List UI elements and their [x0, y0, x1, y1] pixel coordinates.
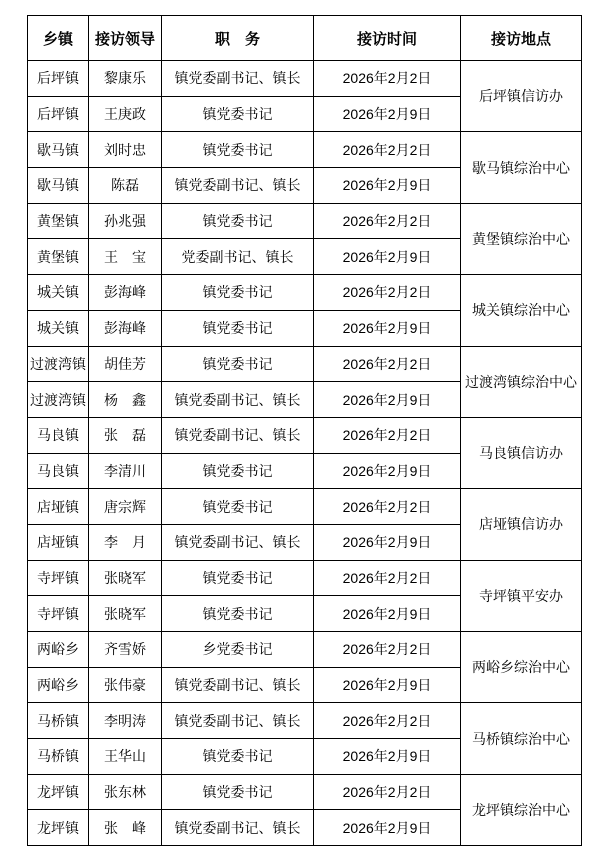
position-cell: 镇党委副书记、镇长: [162, 524, 314, 560]
location-cell: 过渡湾镇综治中心: [461, 346, 582, 417]
town-cell: 马良镇: [28, 417, 89, 453]
time-cell: 2026年2月2日: [314, 560, 461, 596]
leader-cell: 孙兆强: [89, 203, 162, 239]
position-cell: 镇党委书记: [162, 560, 314, 596]
position-cell: 镇党委书记: [162, 739, 314, 775]
town-cell: 寺坪镇: [28, 560, 89, 596]
location-cell: 店垭镇信访办: [461, 489, 582, 560]
position-cell: 镇党委副书记、镇长: [162, 667, 314, 703]
position-cell: 镇党委书记: [162, 489, 314, 525]
position-cell: 镇党委书记: [162, 596, 314, 632]
town-cell: 龙坪镇: [28, 810, 89, 846]
leader-cell: 张 峰: [89, 810, 162, 846]
town-cell: 马桥镇: [28, 739, 89, 775]
location-cell: 马良镇信访办: [461, 417, 582, 488]
time-cell: 2026年2月2日: [314, 632, 461, 668]
position-cell: 党委副书记、镇长: [162, 239, 314, 275]
time-cell: 2026年2月2日: [314, 275, 461, 311]
header-leader: 接访领导: [89, 16, 162, 61]
time-cell: 2026年2月9日: [314, 524, 461, 560]
leader-cell: 杨 鑫: [89, 382, 162, 418]
position-cell: 镇党委副书记、镇长: [162, 382, 314, 418]
location-cell: 歇马镇综治中心: [461, 132, 582, 203]
town-cell: 歇马镇: [28, 168, 89, 204]
town-cell: 寺坪镇: [28, 596, 89, 632]
time-cell: 2026年2月9日: [314, 596, 461, 632]
leader-cell: 胡佳芳: [89, 346, 162, 382]
time-cell: 2026年2月2日: [314, 203, 461, 239]
leader-cell: 刘时忠: [89, 132, 162, 168]
table-row: 城关镇彭海峰镇党委书记2026年2月2日城关镇综治中心: [28, 275, 582, 311]
position-cell: 镇党委书记: [162, 310, 314, 346]
time-cell: 2026年2月9日: [314, 310, 461, 346]
header-position: 职 务: [162, 16, 314, 61]
town-cell: 龙坪镇: [28, 774, 89, 810]
table-row: 马桥镇李明涛镇党委副书记、镇长2026年2月2日马桥镇综治中心: [28, 703, 582, 739]
header-time: 接访时间: [314, 16, 461, 61]
town-cell: 马桥镇: [28, 703, 89, 739]
time-cell: 2026年2月9日: [314, 810, 461, 846]
town-cell: 黄堡镇: [28, 239, 89, 275]
time-cell: 2026年2月9日: [314, 96, 461, 132]
position-cell: 镇党委书记: [162, 96, 314, 132]
time-cell: 2026年2月2日: [314, 417, 461, 453]
visit-schedule-table: 乡镇 接访领导 职 务 接访时间 接访地点 后坪镇黎康乐镇党委副书记、镇长202…: [27, 15, 582, 846]
town-cell: 城关镇: [28, 275, 89, 311]
table-row: 寺坪镇张晓军镇党委书记2026年2月2日寺坪镇平安办: [28, 560, 582, 596]
time-cell: 2026年2月2日: [314, 61, 461, 97]
location-cell: 后坪镇信访办: [461, 61, 582, 132]
location-cell: 寺坪镇平安办: [461, 560, 582, 631]
time-cell: 2026年2月2日: [314, 774, 461, 810]
leader-cell: 张伟豪: [89, 667, 162, 703]
town-cell: 两峪乡: [28, 667, 89, 703]
time-cell: 2026年2月9日: [314, 453, 461, 489]
leader-cell: 王 宝: [89, 239, 162, 275]
position-cell: 镇党委副书记、镇长: [162, 61, 314, 97]
position-cell: 镇党委书记: [162, 275, 314, 311]
position-cell: 镇党委书记: [162, 346, 314, 382]
table-row: 龙坪镇张东林镇党委书记2026年2月2日龙坪镇综治中心: [28, 774, 582, 810]
time-cell: 2026年2月2日: [314, 489, 461, 525]
town-cell: 马良镇: [28, 453, 89, 489]
table-row: 歇马镇刘时忠镇党委书记2026年2月2日歇马镇综治中心: [28, 132, 582, 168]
time-cell: 2026年2月9日: [314, 382, 461, 418]
position-cell: 镇党委书记: [162, 774, 314, 810]
leader-cell: 黎康乐: [89, 61, 162, 97]
leader-cell: 王华山: [89, 739, 162, 775]
header-location: 接访地点: [461, 16, 582, 61]
leader-cell: 张 磊: [89, 417, 162, 453]
location-cell: 黄堡镇综治中心: [461, 203, 582, 274]
leader-cell: 李 月: [89, 524, 162, 560]
table-header: 乡镇 接访领导 职 务 接访时间 接访地点: [28, 16, 582, 61]
leader-cell: 陈磊: [89, 168, 162, 204]
location-cell: 城关镇综治中心: [461, 275, 582, 346]
town-cell: 后坪镇: [28, 61, 89, 97]
leader-cell: 彭海峰: [89, 310, 162, 346]
leader-cell: 齐雪娇: [89, 632, 162, 668]
leader-cell: 唐宗辉: [89, 489, 162, 525]
leader-cell: 张晓军: [89, 596, 162, 632]
leader-cell: 张东林: [89, 774, 162, 810]
town-cell: 城关镇: [28, 310, 89, 346]
town-cell: 过渡湾镇: [28, 382, 89, 418]
town-cell: 两峪乡: [28, 632, 89, 668]
town-cell: 后坪镇: [28, 96, 89, 132]
position-cell: 镇党委书记: [162, 203, 314, 239]
town-cell: 店垭镇: [28, 489, 89, 525]
leader-cell: 彭海峰: [89, 275, 162, 311]
location-cell: 龙坪镇综治中心: [461, 774, 582, 845]
town-cell: 过渡湾镇: [28, 346, 89, 382]
location-cell: 马桥镇综治中心: [461, 703, 582, 774]
time-cell: 2026年2月9日: [314, 239, 461, 275]
leader-cell: 李明涛: [89, 703, 162, 739]
table-row: 马良镇张 磊镇党委副书记、镇长2026年2月2日马良镇信访办: [28, 417, 582, 453]
time-cell: 2026年2月9日: [314, 739, 461, 775]
town-cell: 黄堡镇: [28, 203, 89, 239]
leader-cell: 李清川: [89, 453, 162, 489]
time-cell: 2026年2月2日: [314, 346, 461, 382]
time-cell: 2026年2月9日: [314, 168, 461, 204]
time-cell: 2026年2月2日: [314, 703, 461, 739]
position-cell: 镇党委书记: [162, 132, 314, 168]
position-cell: 镇党委副书记、镇长: [162, 417, 314, 453]
table-row: 两峪乡齐雪娇乡党委书记2026年2月2日两峪乡综治中心: [28, 632, 582, 668]
table-body: 后坪镇黎康乐镇党委副书记、镇长2026年2月2日后坪镇信访办后坪镇王庚政镇党委书…: [28, 61, 582, 846]
position-cell: 镇党委副书记、镇长: [162, 703, 314, 739]
leader-cell: 张晓军: [89, 560, 162, 596]
position-cell: 镇党委副书记、镇长: [162, 810, 314, 846]
table-row: 黄堡镇孙兆强镇党委书记2026年2月2日黄堡镇综治中心: [28, 203, 582, 239]
position-cell: 乡党委书记: [162, 632, 314, 668]
table-row: 店垭镇唐宗辉镇党委书记2026年2月2日店垭镇信访办: [28, 489, 582, 525]
table-row: 过渡湾镇胡佳芳镇党委书记2026年2月2日过渡湾镇综治中心: [28, 346, 582, 382]
time-cell: 2026年2月2日: [314, 132, 461, 168]
position-cell: 镇党委副书记、镇长: [162, 168, 314, 204]
header-town: 乡镇: [28, 16, 89, 61]
table-row: 后坪镇黎康乐镇党委副书记、镇长2026年2月2日后坪镇信访办: [28, 61, 582, 97]
time-cell: 2026年2月9日: [314, 667, 461, 703]
leader-cell: 王庚政: [89, 96, 162, 132]
location-cell: 两峪乡综治中心: [461, 632, 582, 703]
header-row: 乡镇 接访领导 职 务 接访时间 接访地点: [28, 16, 582, 61]
town-cell: 歇马镇: [28, 132, 89, 168]
town-cell: 店垭镇: [28, 524, 89, 560]
position-cell: 镇党委书记: [162, 453, 314, 489]
